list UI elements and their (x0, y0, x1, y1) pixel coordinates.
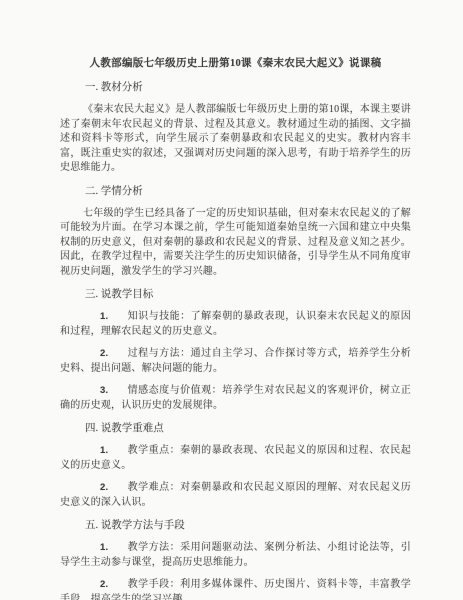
list-item: 1.教学重点：秦朝的暴政表现、农民起义的原因和过程、农民起义的历史意义。 (60, 444, 411, 473)
list-item-number: 2. (100, 579, 108, 590)
list-item-number: 3. (100, 385, 108, 396)
document-page: 人教部编版七年级历史上册第10课《秦末农民大起义》说课稿 一. 教材分析 《秦末… (0, 0, 463, 600)
list-item: 2.教学难点：对秦朝暴政和农民起义原因的理解、对农民起义历史意义的深入认识。 (60, 481, 411, 510)
list-item-number: 1. (100, 445, 108, 456)
list-item-number: 2. (100, 348, 108, 359)
list-item-number: 2. (100, 482, 108, 493)
document-title: 人教部编版七年级历史上册第10课《秦末农民大起义》说课稿 (60, 56, 411, 72)
list-item-text: 教学难点：对秦朝暴政和农民起义原因的理解、对农民起义历史意义的深入认识。 (60, 482, 411, 508)
section-heading-methods-and-means: 五. 说教学方法与手段 (60, 518, 411, 533)
paragraph-learner-analysis: 七年级的学生已经具备了一定的历史知识基础，但对秦末农民起义的了解可能较为片面。在… (60, 207, 411, 280)
list-item-number: 1. (100, 542, 108, 553)
paragraph-textbook-analysis: 《秦末农民大起义》是人教部编版七年级历史上册的第10课，本课主要讲述了秦朝末年农… (60, 103, 411, 176)
list-item-text: 教学手段：利用多媒体课件、历史图片、资料卡等，丰富教学手段，提高学生的学习兴趣。 (60, 579, 411, 600)
list-item: 1.知识与技能：了解秦朝的暴政表现，认识秦末农民起义的原因和过程，理解农民起义的… (60, 310, 411, 339)
list-item: 2.过程与方法：通过自主学习、合作探讨等方式，培养学生分析史料、提出问题、解决问… (60, 347, 411, 376)
list-item-text: 情感态度与价值观：培养学生对农民起义的客观评价，树立正确的历史观，认识历史的发展… (60, 385, 411, 411)
list-item: 3.情感态度与价值观：培养学生对农民起义的客观评价，树立正确的历史观，认识历史的… (60, 384, 411, 413)
list-item-text: 过程与方法：通过自主学习、合作探讨等方式，培养学生分析史料、提出问题、解决问题的… (60, 348, 411, 374)
list-item-text: 教学重点：秦朝的暴政表现、农民起义的原因和过程、农民起义的历史意义。 (60, 445, 411, 471)
list-item: 2.教学手段：利用多媒体课件、历史图片、资料卡等，丰富教学手段，提高学生的学习兴… (60, 578, 411, 600)
section-heading-teaching-goals: 三. 说教学目标 (60, 287, 411, 302)
list-item-number: 1. (100, 311, 108, 322)
list-item: 1.教学方法：采用问题驱动法、案例分析法、小组讨论法等，引导学生主动参与课堂，提… (60, 541, 411, 570)
list-item-text: 知识与技能：了解秦朝的暴政表现，认识秦末农民起义的原因和过程，理解农民起义的历史… (60, 311, 411, 337)
section-heading-key-difficult-points: 四. 说教学重难点 (60, 421, 411, 436)
section-heading-learner-analysis: 二. 学情分析 (60, 184, 411, 199)
section-heading-textbook-analysis: 一. 教材分析 (60, 80, 411, 95)
list-item-text: 教学方法：采用问题驱动法、案例分析法、小组讨论法等，引导学生主动参与课堂，提高历… (60, 542, 411, 568)
